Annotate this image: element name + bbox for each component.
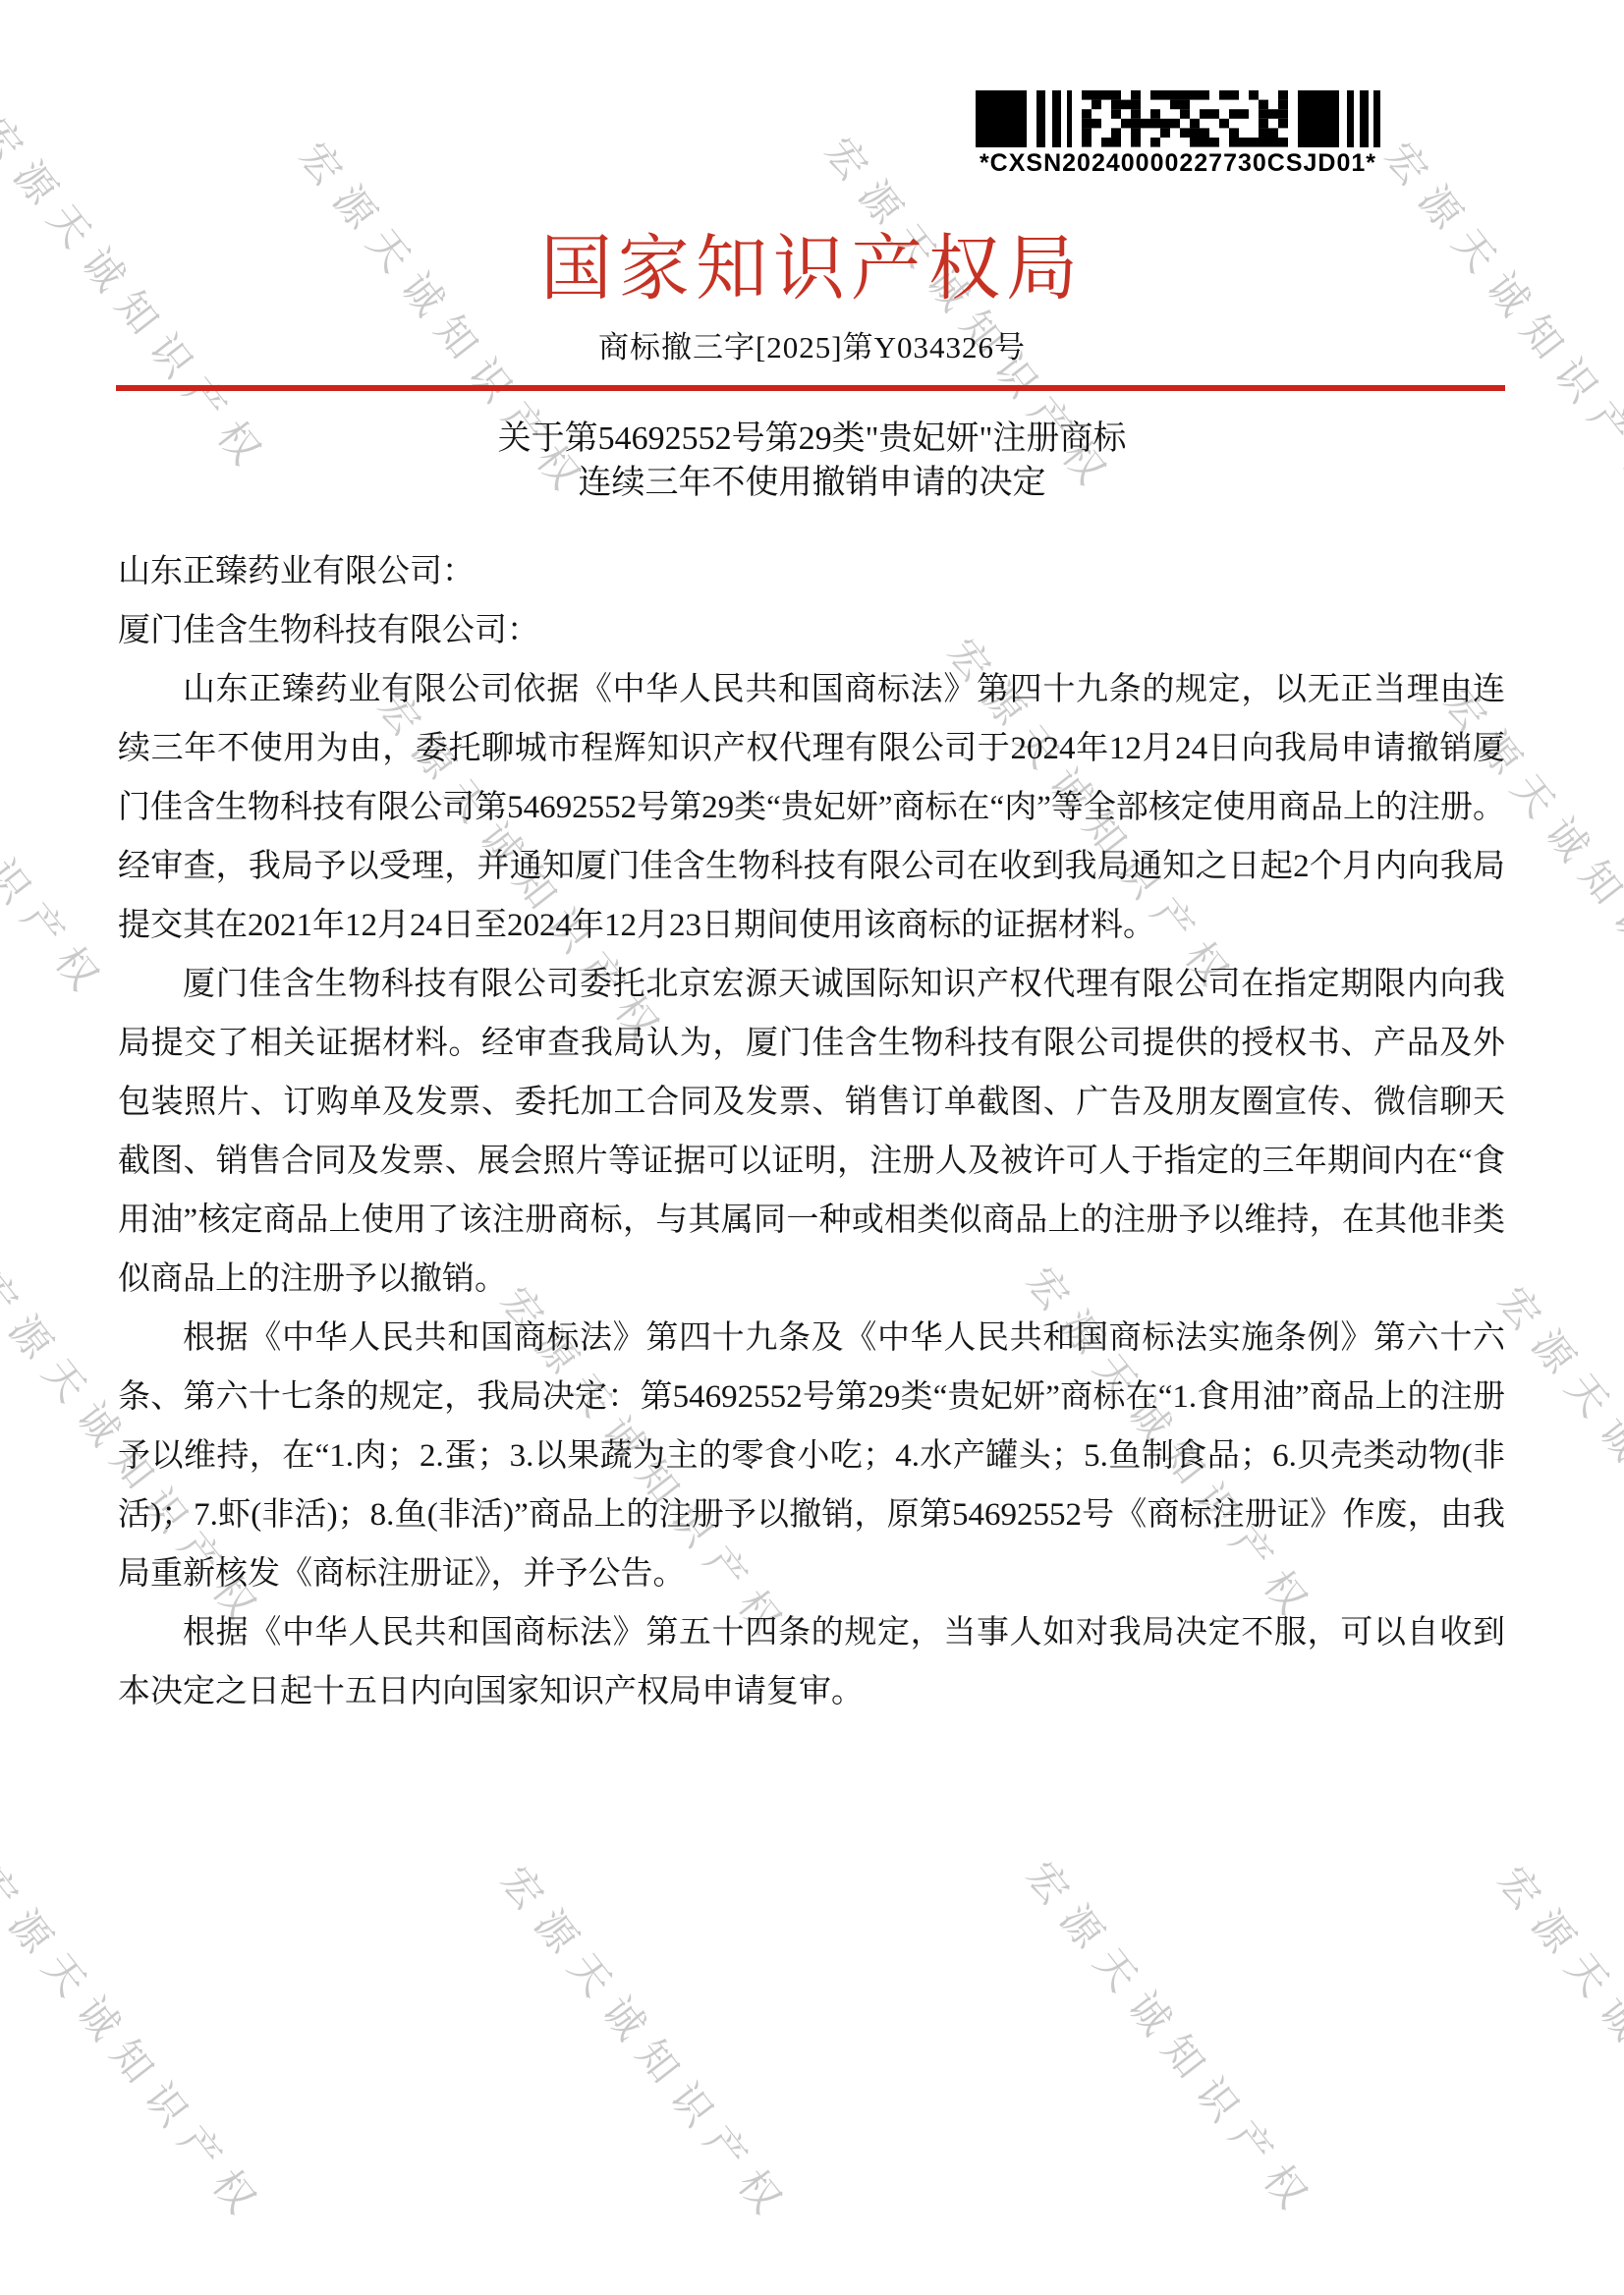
decision-title-line1: 关于第54692552号第29类"贵妃妍"注册商标 xyxy=(0,417,1624,461)
barcode-image xyxy=(976,90,1380,147)
recipient-line: 厦门佳含生物科技有限公司： xyxy=(118,601,1505,660)
body-paragraph: 根据《中华人民共和国商标法》第五十四条的规定，当事人如对我局决定不服，可以自收到… xyxy=(118,1603,1505,1721)
document-body: 山东正臻药业有限公司： 厦门佳含生物科技有限公司： 山东正臻药业有限公司依据《中… xyxy=(118,542,1505,1721)
watermark-text: 宏源天诚知识产权 xyxy=(1487,1852,1624,2234)
watermark-text: 宏源天诚知识产权 xyxy=(0,629,124,1011)
decision-title: 关于第54692552号第29类"贵妃妍"注册商标 连续三年不使用撤销申请的决定 xyxy=(0,417,1624,505)
barcode-text: *CXSN20240000227730CSJD01* xyxy=(976,149,1380,178)
agency-title: 国家知识产权局 xyxy=(0,210,1624,313)
red-divider xyxy=(116,385,1505,391)
decision-title-line2: 连续三年不使用撤销申请的决定 xyxy=(0,461,1624,505)
doc-number: 商标撤三字[2025]第Y034326号 xyxy=(0,322,1624,366)
body-paragraph: 厦门佳含生物科技有限公司委托北京宏源天诚国际知识产权代理有限公司在指定期限内向我… xyxy=(118,955,1505,1309)
watermark-text: 宏源天诚知识产权 xyxy=(490,1852,807,2234)
document-page: 宏源天诚知识产权宏源天诚知识产权宏源天诚知识产权宏源天诚知识产权宏源天诚知识产权… xyxy=(0,0,1624,2295)
watermark-text: 宏源天诚知识产权 xyxy=(1016,1847,1332,2229)
body-paragraph: 根据《中华人民共和国商标法》第四十九条及《中华人民共和国商标法实施条例》第六十六… xyxy=(118,1309,1505,1603)
body-paragraph: 山东正臻药业有限公司依据《中华人民共和国商标法》第四十九条的规定，以无正当理由连… xyxy=(118,660,1505,955)
watermark-text: 宏源天诚知识产权 xyxy=(1487,1272,1624,1654)
watermark-text: 宏源天诚知识产权 xyxy=(0,1852,281,2234)
recipient-line: 山东正臻药业有限公司： xyxy=(118,542,1505,601)
barcode: *CXSN20240000227730CSJD01* xyxy=(976,90,1380,178)
